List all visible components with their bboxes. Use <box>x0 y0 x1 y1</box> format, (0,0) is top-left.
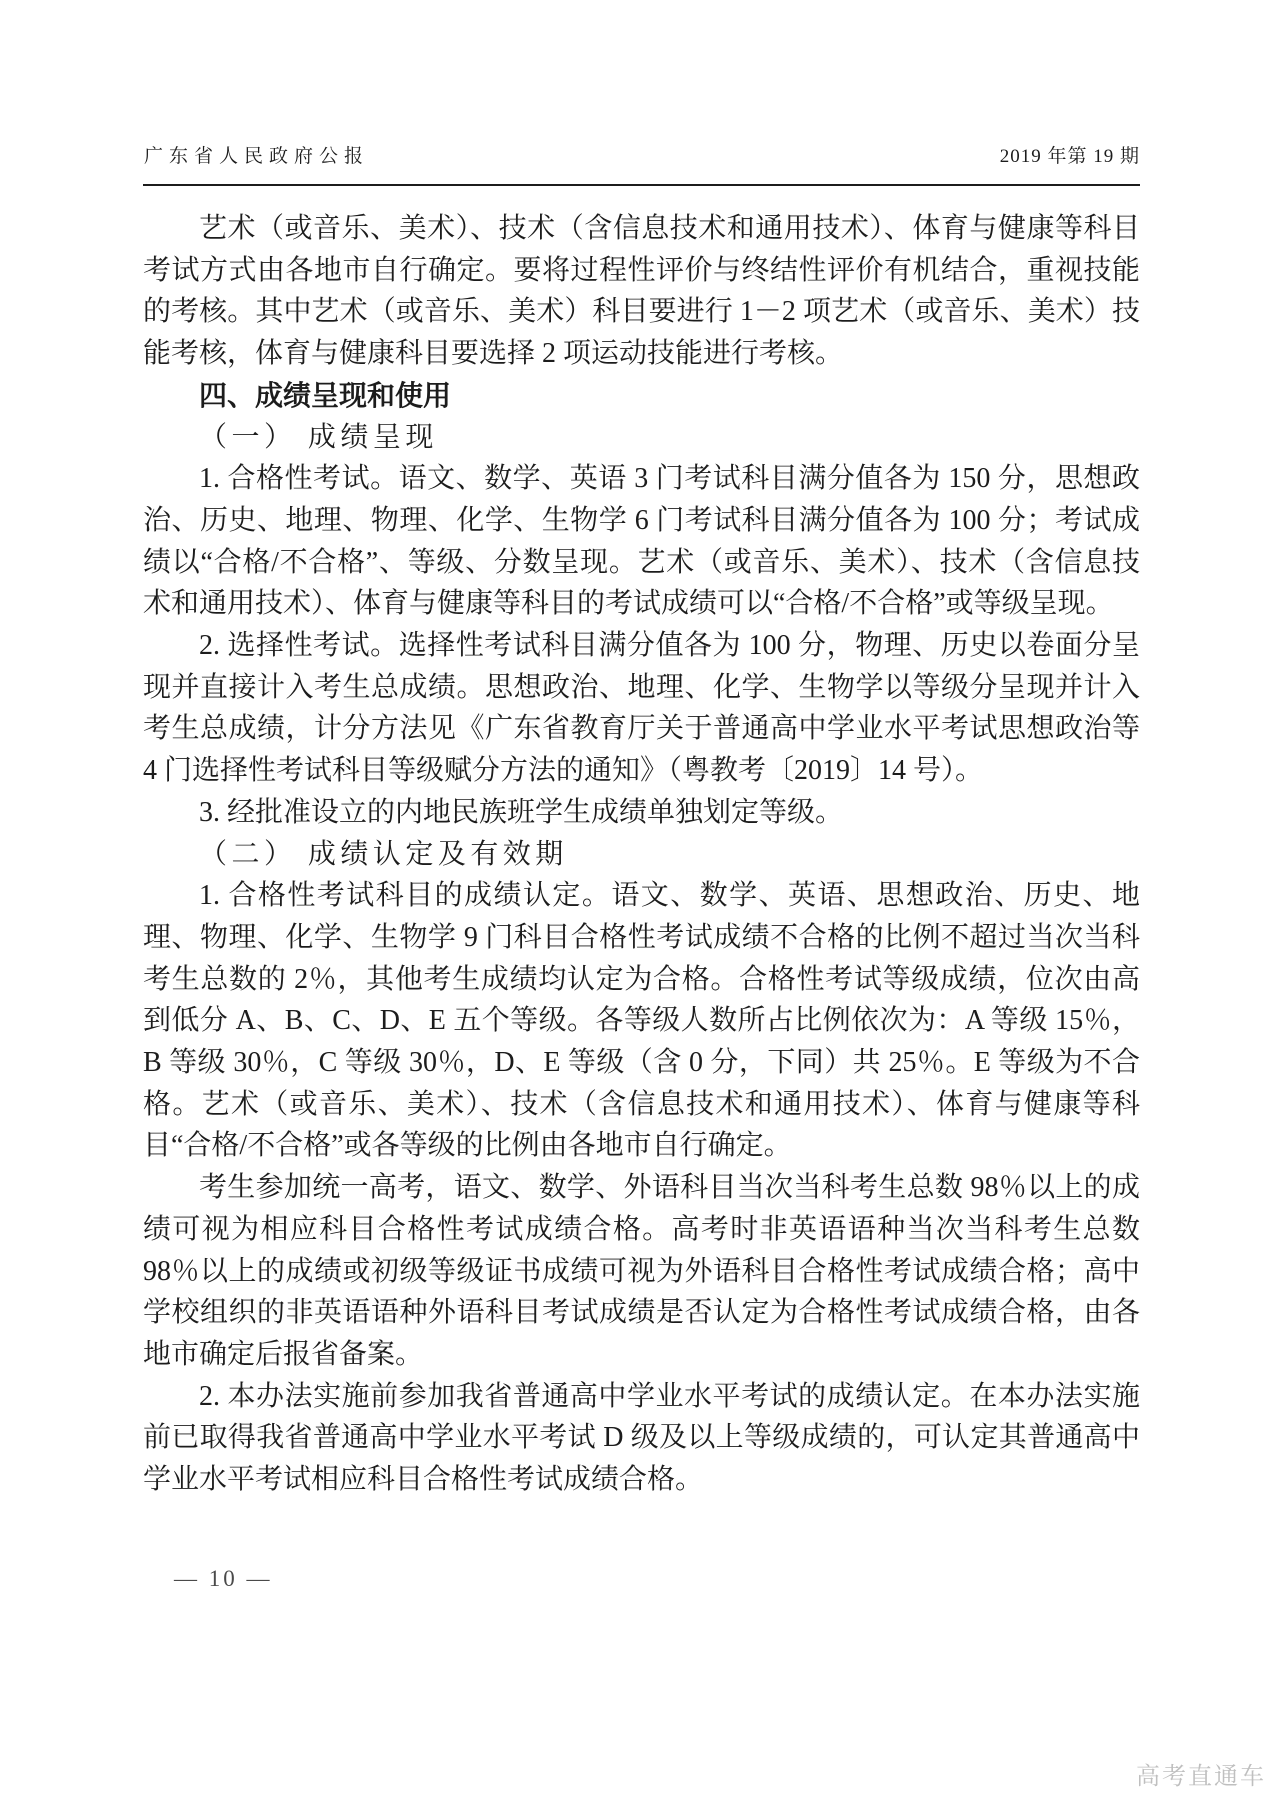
paragraph-minority-class: 3. 经批准设立的内地民族班学生成绩单独划定等级。 <box>143 792 1140 834</box>
paragraph-arts-subjects: 艺术（或音乐、美术）、技术（含信息技术和通用技术）、体育与健康等科目考试方式由各… <box>143 208 1140 375</box>
section-heading-four: 四、成绩呈现和使用 <box>143 375 1140 417</box>
subsection-heading-score-presentation: （一） 成绩呈现 <box>143 417 1140 459</box>
paragraph-selective-exam: 2. 选择性考试。选择性考试科目满分值各为 100 分，物理、历史以卷面分呈现并… <box>143 625 1140 792</box>
gazette-page: 广东省人民政府公报 2019 年第 19 期 艺术（或音乐、美术）、技术（含信息… <box>0 0 1280 1810</box>
watermark-text: 高考直通车 <box>1136 1756 1266 1791</box>
document-body: 艺术（或音乐、美术）、技术（含信息技术和通用技术）、体育与健康等科目考试方式由各… <box>143 208 1140 1501</box>
issue-label: 2019 年第 19 期 <box>1000 141 1140 168</box>
publication-title: 广东省人民政府公报 <box>144 141 369 168</box>
page-number: — 10 — <box>174 1566 273 1592</box>
header-divider <box>143 184 1140 186</box>
subsection-heading-score-recognition: （二） 成绩认定及有效期 <box>143 834 1140 876</box>
paragraph-qualifying-exam: 1. 合格性考试。语文、数学、英语 3 门考试科目满分值各为 150 分，思想政… <box>143 458 1140 625</box>
paragraph-unified-gaokao: 考生参加统一高考，语文、数学、外语科目当次当科考生总数 98％以上的成绩可视为相… <box>143 1167 1140 1376</box>
paragraph-grade-recognition: 1. 合格性考试科目的成绩认定。语文、数学、英语、思想政治、历史、地理、物理、化… <box>143 875 1140 1167</box>
paragraph-prior-results: 2. 本办法实施前参加我省普通高中学业水平考试的成绩认定。在本办法实施前已取得我… <box>143 1376 1140 1501</box>
page-header: 广东省人民政府公报 2019 年第 19 期 <box>144 141 1140 168</box>
